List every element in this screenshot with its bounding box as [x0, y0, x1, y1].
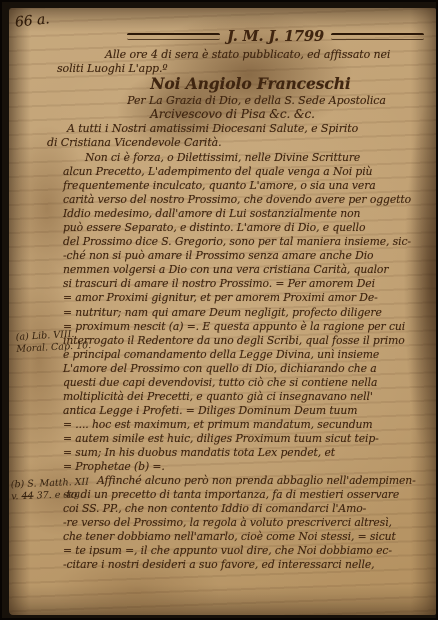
manuscript-line: moltiplicità dei Precetti, e quanto già …: [63, 390, 435, 404]
manuscript-line: antica Legge i Profeti. = Diliges Dominu…: [63, 404, 435, 418]
manuscript-line: -ché non si può amare il Prossimo senza …: [63, 249, 435, 263]
archbishop-name: Noi Angiolo Franceschi: [9, 74, 436, 93]
manuscript-line: nemmen volgersi a Dio con una vera crist…: [63, 263, 435, 277]
manuscript-line: -re verso del Prossimo, la regola à volu…: [63, 516, 435, 530]
by-grace-line: Per La Grazia di Dio, e della S. Sede Ap…: [9, 94, 436, 107]
manuscript-line: = Prophetae (b) =.: [63, 460, 435, 474]
manuscript-line: interrogato il Redentore da uno degli Sc…: [63, 334, 435, 348]
verse-suffix: 37. e seg: [33, 488, 80, 501]
folio-number: 66 a.: [14, 11, 50, 31]
manuscript-line: = nutritur; nam qui amare Deum negligit,…: [63, 306, 435, 320]
salutation-line-2: di Cristiana Vicendevole Carità.: [47, 136, 222, 149]
manuscript-line: Non ci è forza, o Dilettissimi, nelle Di…: [63, 151, 435, 165]
body-paragraph-2: Affinché alcuno però non prenda abbaglio…: [63, 474, 435, 572]
header-rule-row: J. M. J. 1799: [127, 28, 424, 45]
manuscript-line: alcun Precetto, L'adempimento del quale …: [63, 165, 435, 179]
margin-note-b: (b) S. Matth. XII v. 44 37. e seg: [11, 477, 90, 503]
margin-note-a: (a) Lib. VIII. Moral. Cap. 10.: [15, 328, 91, 355]
manuscript-line: può essere Separato, e distinto. L'amore…: [63, 221, 435, 235]
manuscript-line: = proximum nescit (a) =. E questa appunt…: [63, 320, 435, 334]
manuscript-line: -citare i nostri desideri a suo favore, …: [63, 558, 435, 572]
ink-flourish-right: [331, 33, 424, 40]
manuscript-line: carità verso del nostro Prossimo, che do…: [63, 193, 435, 207]
manuscript-line: -to di un precetto di tanta importanza, …: [63, 488, 435, 502]
manuscript-line: Affinché alcuno però non prenda abbaglio…: [63, 474, 435, 488]
manuscript-line: L'amore del Prossimo con quello di Dio, …: [63, 362, 435, 376]
manuscript-line: si trascuri di amare il nostro Prossimo.…: [63, 277, 435, 291]
salutation-line-1: A tutti i Nostri amatissimi Diocesani Sa…: [67, 122, 358, 135]
manuscript-page: 66 a. J. M. J. 1799 Alle ore 4 di sera è…: [9, 8, 436, 615]
manuscript-photo: 66 a. J. M. J. 1799 Alle ore 4 di sera è…: [0, 0, 438, 620]
manuscript-line: = te ipsum =, il che appunto vuol dire, …: [63, 544, 435, 558]
verse-number-struck: 44: [21, 490, 33, 501]
manuscript-line: = autem simile est huic, diliges Proximu…: [63, 432, 435, 446]
manuscript-line: = .... hoc est maximum, et primum mandat…: [63, 418, 435, 432]
manuscript-line: frequentemente inculcato, quanto L'amore…: [63, 179, 435, 193]
manuscript-line: = amor Proximi gignitur, et per amorem P…: [63, 291, 435, 305]
ink-flourish-left: [127, 33, 220, 40]
archbishop-title: Arcivescovo di Pisa &c. &c.: [9, 107, 436, 121]
manuscript-line: del Prossimo dice S. Gregorio, sono per …: [63, 235, 435, 249]
manuscript-line: = sum; In his duobus mandatis tota Lex p…: [63, 446, 435, 460]
manuscript-line: questi due capi devendovisi, tutto ciò c…: [63, 376, 435, 390]
manuscript-line: Iddio medesimo, dall'amore di Lui sostan…: [63, 207, 435, 221]
manuscript-line: che tener dobbiamo nell'amarlo, cioè com…: [63, 530, 435, 544]
manuscript-line: coi SS. PP., che non contento Iddio di c…: [63, 502, 435, 516]
header-year-title: J. M. J. 1799: [227, 28, 324, 45]
manuscript-line: e principal comandamento della Legge Div…: [63, 348, 435, 362]
body-paragraph-1: Non ci è forza, o Dilettissimi, nelle Di…: [63, 151, 435, 474]
publication-note-line-1: Alle ore 4 di sera è stato pubblicato, e…: [105, 48, 390, 61]
